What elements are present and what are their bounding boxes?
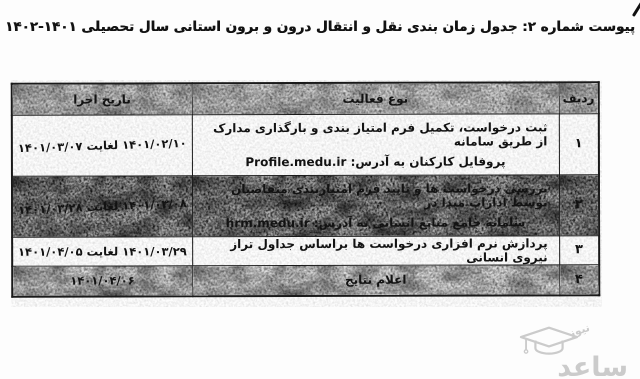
table-row: ۴ اعلام نتایج ۱۴۰۱/۰۴/۰۶ xyxy=(12,264,599,297)
date-cell: ۱۴۰۱/۰۳/۰۸ لغایت ۱۴۰۱/۰۳/۲۸ xyxy=(12,175,192,236)
row-number: ۲ xyxy=(560,197,599,212)
header-label: نوع فعالیت xyxy=(192,91,558,106)
row-number: ۳ xyxy=(560,242,599,257)
activity-cell: پردازش نرم افزاری درخواست ها براساس جداو… xyxy=(192,235,559,265)
table-row: ۳ پردازش نرم افزاری درخواست ها براساس جد… xyxy=(12,235,599,266)
table-row: ۱ ثبت درخواست، تکمیل فرم امتیاز بندی و ب… xyxy=(12,113,599,176)
scanned-document-page: پیوست شماره ۲: جدول زمان بندی نقل و انتق… xyxy=(0,0,640,379)
header-label: تاریخ اجرا xyxy=(13,92,192,106)
activity-cell: ثبت درخواست، تکمیل فرم امتیاز بندی و بار… xyxy=(192,113,559,175)
activity-line: اعلام نتایج xyxy=(204,273,548,288)
date-range: ۱۴۰۱/۰۲/۱۰ لغایت ۱۴۰۱/۰۳/۰۷ xyxy=(18,135,187,154)
activity-line: سامانه جامع منابع انسانی به آدرس: hrm.me… xyxy=(204,215,548,230)
header-label: ردیف xyxy=(559,91,598,105)
header-cell-row-no: ردیف xyxy=(559,82,599,113)
row-number-cell: ۴ xyxy=(559,264,599,295)
activity-cell: اعلام نتایج xyxy=(192,264,559,296)
header-cell-activity: نوع فعالیت xyxy=(192,82,559,114)
table-header-row: ردیف نوع فعالیت تاریخ اجرا xyxy=(12,82,599,115)
table-row: ۲ بررسی درخواست ها و تایید فرم امتیازبند… xyxy=(12,174,599,237)
row-number-cell: ۳ xyxy=(559,235,599,264)
date-cell: ۱۴۰۱/۰۲/۱۰ لغایت ۱۴۰۱/۰۳/۰۷ xyxy=(12,114,192,175)
watermark-brand: ساعد xyxy=(557,354,628,379)
date-range: ۱۴۰۱/۰۳/۰۸ لغایت ۱۴۰۱/۰۳/۲۸ xyxy=(18,196,187,217)
saed-news-watermark: نیوز ساعد xyxy=(518,324,630,378)
row-number: ۱ xyxy=(559,136,598,151)
row-number: ۴ xyxy=(560,272,599,287)
watermark-brand-sub: نیوز xyxy=(567,321,592,340)
date-cell: ۱۴۰۱/۰۴/۰۶ xyxy=(12,265,192,296)
transfer-schedule-table: ردیف نوع فعالیت تاریخ اجرا ۱ ثبت درخواست… xyxy=(11,81,601,298)
date-cell: ۱۴۰۱/۰۳/۲۹ لغایت ۱۴۰۱/۰۴/۰۵ xyxy=(12,236,192,265)
scan-corner-mark xyxy=(632,0,640,17)
date-range: ۱۴۰۱/۰۳/۲۹ لغایت ۱۴۰۱/۰۴/۰۵ xyxy=(17,244,188,258)
header-cell-date: تاریخ اجرا xyxy=(12,83,192,114)
date-range: ۱۴۰۱/۰۴/۰۶ xyxy=(17,274,188,288)
activity-line: پروفایل کارکنان به آدرس: Profile.medu.ir xyxy=(203,154,547,169)
activity-line: بررسی درخواست ها و تایید فرم امتیازبندی … xyxy=(203,181,547,210)
document-title: پیوست شماره ۲: جدول زمان بندی نقل و انتق… xyxy=(0,19,640,35)
row-number-cell: ۱ xyxy=(559,113,599,174)
activity-line: ثبت درخواست، تکمیل فرم امتیاز بندی و بار… xyxy=(203,120,547,149)
row-number-cell: ۲ xyxy=(559,174,599,235)
activity-line: پردازش نرم افزاری درخواست ها براساس جداو… xyxy=(204,236,548,265)
activity-cell: بررسی درخواست ها و تایید فرم امتیازبندی … xyxy=(192,174,559,236)
